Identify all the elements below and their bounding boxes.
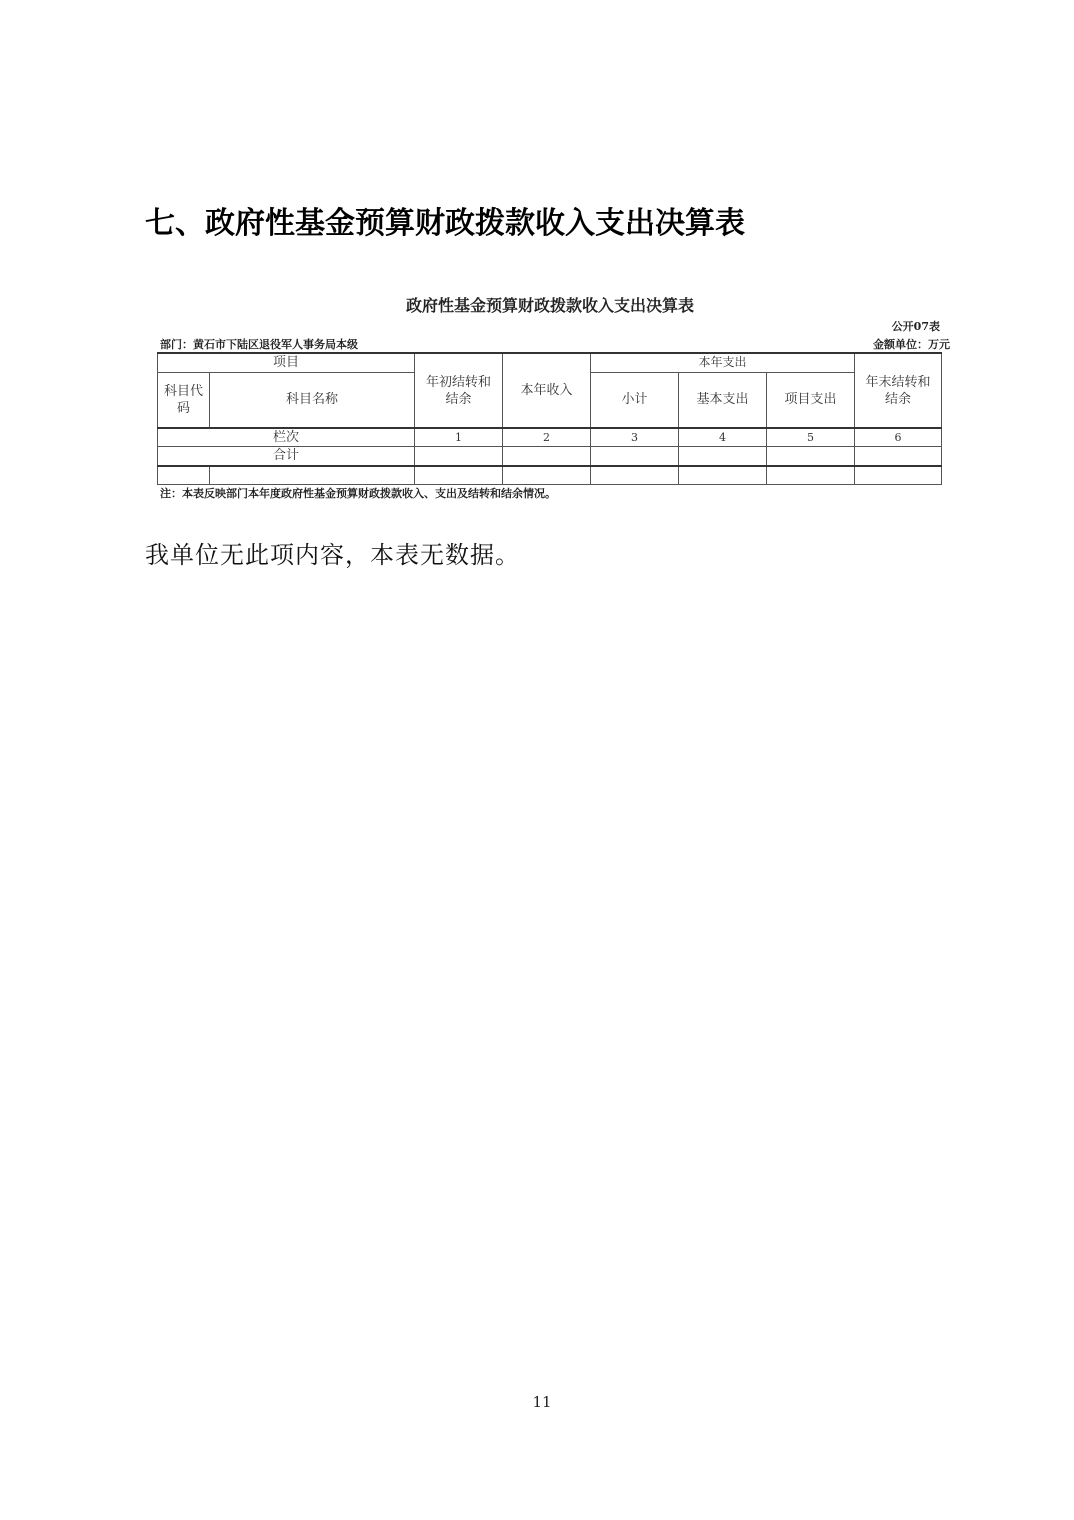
table-cell <box>855 466 942 485</box>
no-data-statement: 我单位无此项内容，本表无数据。 <box>145 535 520 570</box>
table-cell <box>679 466 767 485</box>
table-title: 政府性基金预算财政拨款收入支出决算表 <box>0 293 1074 316</box>
form-number: 公开07表 <box>892 318 940 334</box>
header-code: 科目代码 <box>158 372 210 428</box>
table-cell <box>767 447 855 466</box>
table-cell <box>503 447 591 466</box>
table-cell <box>591 447 679 466</box>
header-begin-balance: 年初结转和结余 <box>415 353 503 428</box>
total-row: 合计 <box>158 447 942 466</box>
amount-unit-label: 金额单位：万元 <box>873 336 950 352</box>
header-expense-group: 本年支出 <box>591 353 855 372</box>
table-cell <box>503 466 591 485</box>
column-number: 6 <box>855 428 942 447</box>
column-number: 3 <box>591 428 679 447</box>
column-number: 4 <box>679 428 767 447</box>
table-cell <box>415 447 503 466</box>
table-note: 注：本表反映部门本年度政府性基金预算财政拨款收入、支出及结转和结余情况。 <box>160 485 556 501</box>
department-label: 部门：黄石市下陆区退役军人事务局本级 <box>160 336 358 352</box>
header-name: 科目名称 <box>210 372 415 428</box>
table-cell <box>767 466 855 485</box>
header-subtotal: 小计 <box>591 372 679 428</box>
table-cell <box>855 447 942 466</box>
table-cell <box>210 466 415 485</box>
table-cell <box>679 447 767 466</box>
section-title: 七、政府性基金预算财政拨款收入支出决算表 <box>145 198 745 242</box>
fund-budget-table: 项目 年初结转和结余 本年收入 本年支出 年末结转和结余 科目代码 科目名称 小… <box>157 352 942 485</box>
header-income: 本年收入 <box>503 353 591 428</box>
column-number: 2 <box>503 428 591 447</box>
header-basic-expense: 基本支出 <box>679 372 767 428</box>
total-label: 合计 <box>158 447 415 466</box>
table-cell <box>158 466 210 485</box>
column-number: 1 <box>415 428 503 447</box>
table-row <box>158 466 942 485</box>
table-cell <box>591 466 679 485</box>
header-end-balance: 年末结转和结余 <box>855 353 942 428</box>
column-number-row: 栏次 1 2 3 4 5 6 <box>158 428 942 447</box>
column-number-label: 栏次 <box>158 428 415 447</box>
header-project-expense: 项目支出 <box>767 372 855 428</box>
header-item: 项目 <box>158 353 415 372</box>
page-number: 11 <box>0 1393 1074 1411</box>
column-number: 5 <box>767 428 855 447</box>
table-cell <box>415 466 503 485</box>
